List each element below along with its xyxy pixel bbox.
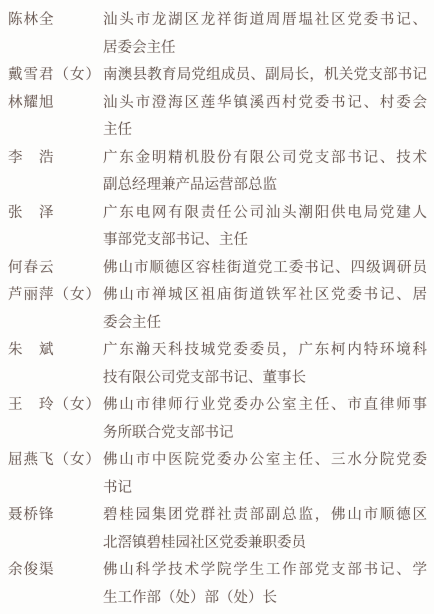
list-item: 林耀旭 汕头市澄海区莲华镇溪西村党委书记、村委会 主任 [8, 90, 427, 145]
person-title-line: 主任 [103, 117, 427, 145]
list-item: 王 玲（女） 佛山市律师行业党委办公室主任、市直律师事 务所联合党支部书记 [8, 392, 427, 447]
person-name: 陈林全 [8, 7, 103, 35]
person-title-line: 技有限公司党支部书记、董事长 [103, 365, 427, 393]
person-title: 佛山科学技术学院学生工作部党支部书记、学 生工作部（处）部（处）长 [103, 557, 427, 612]
person-name: 王 玲（女） [8, 392, 103, 420]
person-title-line: 佛山市律师行业党委办公室主任、市直律师事 [103, 392, 427, 420]
list-item: 何春云 佛山市顺德区容桂街道党工委书记、四级调研员 [8, 255, 427, 283]
list-item: 余俊渠 佛山科学技术学院学生工作部党支部书记、学 生工作部（处）部（处）长 [8, 557, 427, 612]
person-title-line: 副总经理兼产品运营部总监 [103, 172, 427, 200]
person-name: 屈燕飞（女） [8, 447, 103, 475]
person-title-line: 广东电网有限责任公司汕头潮阳供电局党建人 [103, 200, 427, 228]
person-name: 芦丽萍（女） [8, 282, 103, 310]
person-title-line: 汕头市龙湖区龙祥街道周厝塭社区党委书记、 [103, 7, 427, 35]
person-name: 李 浩 [8, 145, 103, 173]
person-name: 聂桥锋 [8, 502, 103, 530]
person-title-line: 广东瀚天科技城党委委员，广东柯内特环境科 [103, 337, 427, 365]
list-item: 朱 斌 广东瀚天科技城党委委员，广东柯内特环境科 技有限公司党支部书记、董事长 [8, 337, 427, 392]
list-item: 戴雪君（女） 南澳县教育局党组成员、副局长，机关党支部书记 [8, 62, 427, 90]
person-title: 佛山市中医院党委办公室主任、三水分院党委 书记 [103, 447, 427, 502]
person-title-line: 碧桂园集团党群社责部副总监，佛山市顺德区 [103, 502, 427, 530]
person-title-line: 汕头市澄海区莲华镇溪西村党委书记、村委会 [103, 90, 427, 118]
person-title-line: 佛山市顺德区容桂街道党工委书记、四级调研员 [103, 255, 427, 283]
person-title: 佛山市顺德区容桂街道党工委书记、四级调研员 [103, 255, 427, 283]
person-title-line: 书记 [103, 475, 427, 503]
person-title: 佛山市禅城区祖庙街道铁军社区党委书记、居 委会主任 [103, 282, 427, 337]
person-name: 林耀旭 [8, 90, 103, 118]
list-item: 李 浩 广东金明精机股份有限公司党支部书记、技术 副总经理兼产品运营部总监 [8, 145, 427, 200]
person-name: 余俊渠 [8, 557, 103, 585]
person-title: 南澳县教育局党组成员、副局长，机关党支部书记 [103, 62, 427, 90]
person-title: 汕头市澄海区莲华镇溪西村党委书记、村委会 主任 [103, 90, 427, 145]
person-name: 朱 斌 [8, 337, 103, 365]
list-item: 陈林全 汕头市龙湖区龙祥街道周厝塭社区党委书记、 居委会主任 [8, 7, 427, 62]
person-title-line: 佛山科学技术学院学生工作部党支部书记、学 [103, 557, 427, 585]
person-title: 广东瀚天科技城党委委员，广东柯内特环境科 技有限公司党支部书记、董事长 [103, 337, 427, 392]
person-title: 广东金明精机股份有限公司党支部书记、技术 副总经理兼产品运营部总监 [103, 145, 427, 200]
document-page: 陈林全 汕头市龙湖区龙祥街道周厝塭社区党委书记、 居委会主任 戴雪君（女） 南澳… [0, 0, 434, 614]
person-title-line: 广东金明精机股份有限公司党支部书记、技术 [103, 145, 427, 173]
person-name: 张 泽 [8, 200, 103, 228]
list-item: 聂桥锋 碧桂园集团党群社责部副总监，佛山市顺德区 北滘镇碧桂园社区党委兼职委员 [8, 502, 427, 557]
list-item: 张 泽 广东电网有限责任公司汕头潮阳供电局党建人 事部党支部书记、主任 [8, 200, 427, 255]
person-title-line: 居委会主任 [103, 35, 427, 63]
person-title-line: 务所联合党支部书记 [103, 420, 427, 448]
person-title: 碧桂园集团党群社责部副总监，佛山市顺德区 北滘镇碧桂园社区党委兼职委员 [103, 502, 427, 557]
person-name: 何春云 [8, 255, 103, 283]
person-title-line: 事部党支部书记、主任 [103, 227, 427, 255]
person-title: 汕头市龙湖区龙祥街道周厝塭社区党委书记、 居委会主任 [103, 7, 427, 62]
person-title-line: 南澳县教育局党组成员、副局长，机关党支部书记 [103, 62, 427, 90]
person-title-line: 佛山市中医院党委办公室主任、三水分院党委 [103, 447, 427, 475]
list-item: 芦丽萍（女） 佛山市禅城区祖庙街道铁军社区党委书记、居 委会主任 [8, 282, 427, 337]
person-title-line: 北滘镇碧桂园社区党委兼职委员 [103, 530, 427, 558]
person-title: 广东电网有限责任公司汕头潮阳供电局党建人 事部党支部书记、主任 [103, 200, 427, 255]
person-title-line: 生工作部（处）部（处）长 [103, 585, 427, 613]
person-title-line: 委会主任 [103, 310, 427, 338]
person-title-line: 佛山市禅城区祖庙街道铁军社区党委书记、居 [103, 282, 427, 310]
person-name: 戴雪君（女） [8, 62, 103, 90]
list-item: 屈燕飞（女） 佛山市中医院党委办公室主任、三水分院党委 书记 [8, 447, 427, 502]
person-title: 佛山市律师行业党委办公室主任、市直律师事 务所联合党支部书记 [103, 392, 427, 447]
